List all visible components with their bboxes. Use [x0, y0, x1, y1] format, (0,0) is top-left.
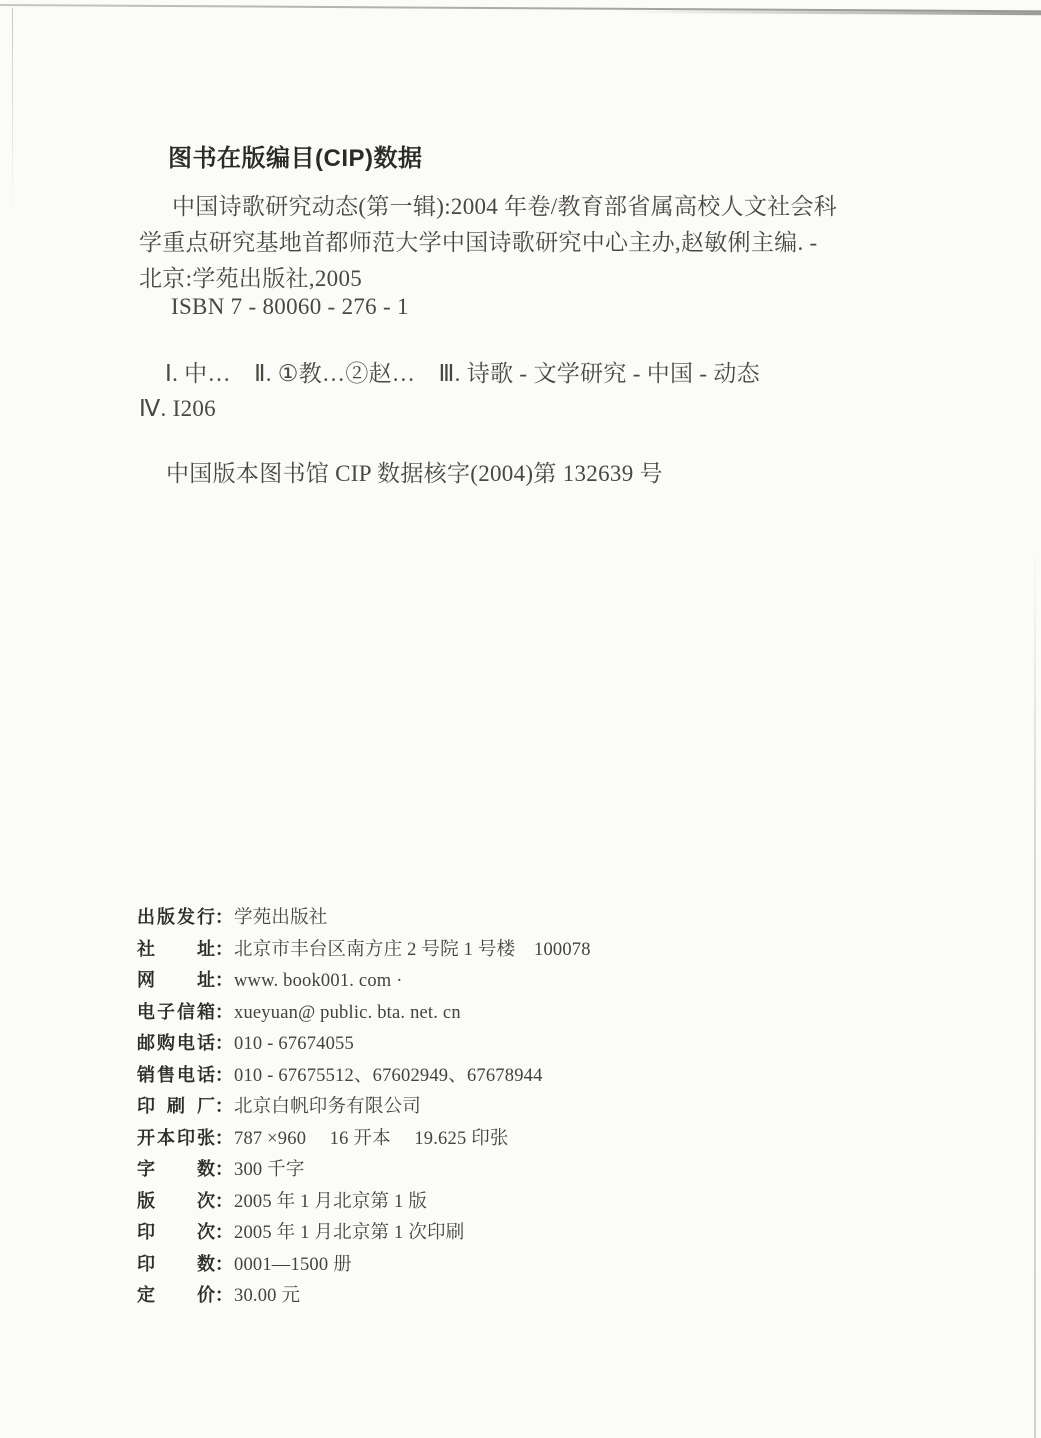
impression-row: 印次：2005 年 1 月北京第 1 次印刷: [137, 1218, 591, 1250]
mail-order-phone-row: 邮购电话：010 - 67674055: [137, 1029, 591, 1061]
format-sheets-value: 787 ×960 16 开本 19.625 印张: [234, 1124, 509, 1150]
word-count-label: 字数: [137, 1155, 215, 1181]
sales-phone-value: 010 - 67675512、67602949、67678944: [234, 1061, 543, 1087]
colon: ：: [215, 1092, 233, 1118]
impression-value: 2005 年 1 月北京第 1 次印刷: [234, 1218, 464, 1244]
publisher-row: 出版发行：学苑出版社: [137, 903, 591, 935]
website-label: 网址: [137, 966, 215, 992]
colon: ：: [215, 1155, 233, 1181]
colon: ：: [215, 903, 233, 929]
printer-value: 北京白帆印务有限公司: [234, 1092, 421, 1118]
colophon-block: 出版发行：学苑出版社 社址：北京市丰台区南方庄 2 号院 1 号楼 100078…: [137, 903, 591, 1313]
mail-order-phone-value: 010 - 67674055: [234, 1034, 354, 1055]
cip-description-line-3: 北京:学苑出版社,2005: [139, 264, 362, 294]
word-count-row: 字数：300 千字: [137, 1155, 591, 1187]
colon: ：: [215, 966, 233, 992]
address-row: 社址：北京市丰台区南方庄 2 号院 1 号楼 100078: [137, 935, 591, 967]
address-value: 北京市丰台区南方庄 2 号院 1 号楼 100078: [234, 935, 591, 961]
colon: ：: [215, 1187, 233, 1213]
sales-phone-row: 销售电话：010 - 67675512、67602949、67678944: [137, 1061, 591, 1093]
cip-classification-line-1: Ⅰ. 中… Ⅱ. ①教…②赵… Ⅲ. 诗歌 - 文学研究 - 中国 - 动态: [165, 359, 760, 389]
format-sheets-row: 开本印张：787 ×960 16 开本 19.625 印张: [137, 1124, 591, 1156]
cip-heading: 图书在版编目(CIP)数据: [168, 144, 423, 174]
price-row: 定价：30.00 元: [137, 1281, 591, 1313]
edition-label: 版次: [137, 1187, 215, 1213]
sales-phone-label: 销售电话: [137, 1061, 215, 1087]
address-label: 社址: [137, 935, 215, 961]
print-run-row: 印数：0001—1500 册: [137, 1250, 591, 1282]
word-count-value: 300 千字: [234, 1155, 305, 1181]
scanned-copyright-page: 图书在版编目(CIP)数据 中国诗歌研究动态(第一辑):2004 年卷/教育部省…: [0, 0, 1041, 1438]
impression-label: 印次: [137, 1218, 215, 1244]
publisher-value: 学苑出版社: [234, 903, 328, 929]
cip-description-line-1: 中国诗歌研究动态(第一辑):2004 年卷/教育部省属高校人文社会科: [172, 192, 837, 222]
edition-row: 版次：2005 年 1 月北京第 1 版: [137, 1187, 591, 1219]
isbn-number: ISBN 7 - 80060 - 276 - 1: [171, 292, 409, 322]
scan-right-edge: [1034, 540, 1036, 1438]
format-sheets-label: 开本印张: [137, 1124, 215, 1150]
colon: ：: [215, 1250, 233, 1276]
scan-left-edge: [12, 8, 13, 218]
colon: ：: [215, 1281, 233, 1307]
website-value: www. book001. com ·: [234, 971, 403, 992]
printer-row: 印刷厂：北京白帆印务有限公司: [137, 1092, 591, 1124]
colon: ：: [215, 935, 233, 961]
cip-classification-line-2: Ⅳ. I206: [139, 394, 216, 424]
print-run-label: 印数: [137, 1250, 215, 1276]
print-run-value: 0001—1500 册: [234, 1250, 352, 1276]
mail-order-phone-label: 邮购电话: [137, 1029, 215, 1055]
colon: ：: [215, 998, 233, 1024]
colon: ：: [215, 1218, 233, 1244]
email-row: 电子信箱：xueyuan@ public. bta. net. cn: [137, 998, 591, 1030]
printer-label: 印刷厂: [137, 1092, 215, 1118]
website-row: 网址：www. book001. com ·: [137, 966, 591, 998]
cip-record-number: 中国版本图书馆 CIP 数据核字(2004)第 132639 号: [166, 459, 663, 489]
publisher-label: 出版发行: [137, 903, 215, 929]
cip-description-line-2: 学重点研究基地首都师范大学中国诗歌研究中心主办,赵敏俐主编. -: [139, 228, 818, 258]
price-label: 定价: [137, 1281, 215, 1307]
colon: ：: [215, 1124, 233, 1150]
colon: ：: [215, 1061, 233, 1087]
email-label: 电子信箱: [137, 998, 215, 1024]
colon: ：: [215, 1029, 233, 1055]
email-value: xueyuan@ public. bta. net. cn: [234, 1003, 461, 1024]
price-value: 30.00 元: [234, 1281, 300, 1307]
edition-value: 2005 年 1 月北京第 1 版: [234, 1187, 427, 1213]
